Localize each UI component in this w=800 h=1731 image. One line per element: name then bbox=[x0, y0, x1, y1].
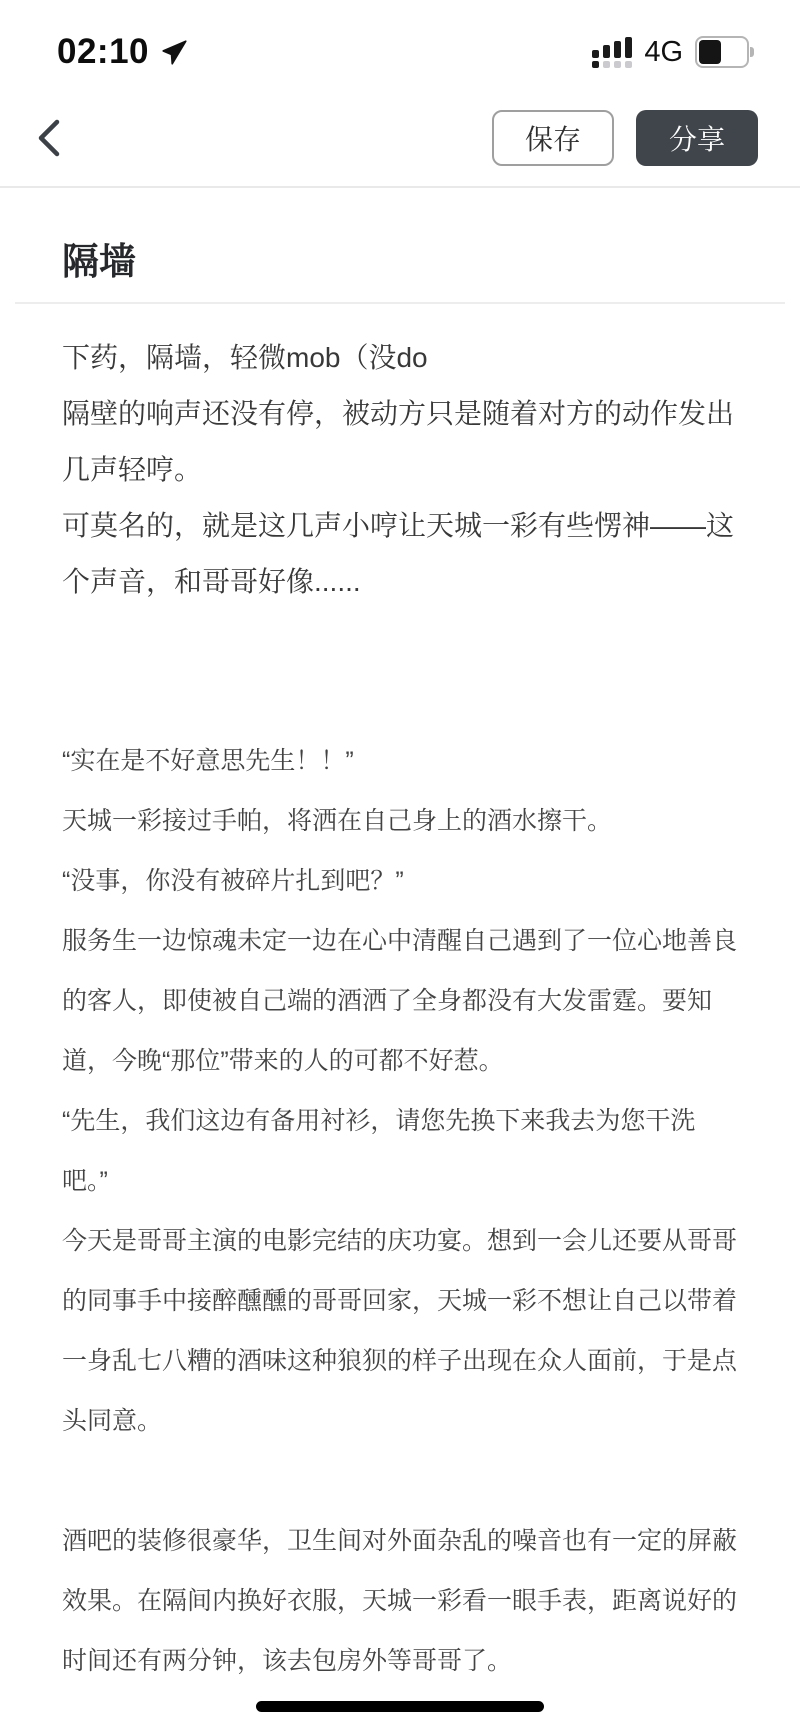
share-button[interactable]: 分享 bbox=[636, 110, 758, 166]
sim1-signal-bars bbox=[592, 37, 632, 58]
status-bar: 02:10 4G bbox=[0, 0, 800, 90]
body-paragraph: “先生，我们这边有备用衬衫，请您先换下来我去为您干洗吧。” bbox=[62, 1091, 738, 1211]
battery-fill bbox=[699, 40, 721, 64]
body-paragraph: “实在是不好意思先生！！” bbox=[62, 731, 738, 791]
title-divider bbox=[15, 302, 785, 304]
body-paragraph: 酒吧的装修很豪华，卫生间对外面杂乱的噪音也有一定的屏蔽效果。在隔间内换好衣服，天… bbox=[62, 1511, 738, 1691]
nav-actions: 保存 分享 bbox=[492, 110, 758, 166]
summary-paragraph: 可莫名的，就是这几声小哼让天城一彩有些愣神——这个声音，和哥哥好像...... bbox=[62, 498, 738, 610]
body-paragraph: “没事，你没有被碎片扎到吧？” bbox=[62, 851, 738, 911]
chevron-left-icon bbox=[36, 117, 62, 159]
location-arrow-icon bbox=[161, 39, 188, 66]
article-summary: 下药，隔墙，轻微mob（没do隔壁的响声还没有停，被动方只是随着对方的动作发出几… bbox=[62, 330, 738, 610]
status-left-cluster: 02:10 bbox=[57, 32, 188, 72]
back-button[interactable] bbox=[30, 111, 68, 165]
status-right-cluster: 4G bbox=[592, 36, 754, 69]
article: 隔墙 下药，隔墙，轻微mob（没do隔壁的响声还没有停，被动方只是随着对方的动作… bbox=[0, 238, 800, 1691]
body-paragraph bbox=[62, 1451, 738, 1511]
summary-paragraph: 隔壁的响声还没有停，被动方只是随着对方的动作发出几声轻哼。 bbox=[62, 386, 738, 498]
body-paragraph: 今天是哥哥主演的电影完结的庆功宴。想到一会儿还要从哥哥的同事手中接醉醺醺的哥哥回… bbox=[62, 1211, 738, 1451]
article-body: “实在是不好意思先生！！”天城一彩接过手帕，将洒在自己身上的酒水擦干。“没事，你… bbox=[62, 731, 738, 1691]
cellular-signal-icon bbox=[592, 37, 632, 68]
nav-bar: 保存 分享 bbox=[0, 90, 800, 188]
body-paragraph: 天城一彩接过手帕，将洒在自己身上的酒水擦干。 bbox=[62, 791, 738, 851]
battery-cap bbox=[750, 47, 754, 57]
body-paragraph: 服务生一边惊魂未定一边在心中清醒自己遇到了一位心地善良的客人，即使被自己端的酒洒… bbox=[62, 911, 738, 1091]
sim2-signal-dots bbox=[592, 61, 632, 68]
summary-paragraph: 下药，隔墙，轻微mob（没do bbox=[62, 330, 738, 386]
save-button[interactable]: 保存 bbox=[492, 110, 614, 166]
network-type-label: 4G bbox=[644, 36, 683, 69]
status-time: 02:10 bbox=[57, 32, 149, 72]
battery-icon bbox=[695, 36, 754, 68]
screen: 02:10 4G bbox=[0, 0, 800, 1731]
section-gap bbox=[0, 610, 800, 731]
article-title: 隔墙 bbox=[62, 238, 738, 286]
home-indicator[interactable] bbox=[256, 1701, 544, 1712]
